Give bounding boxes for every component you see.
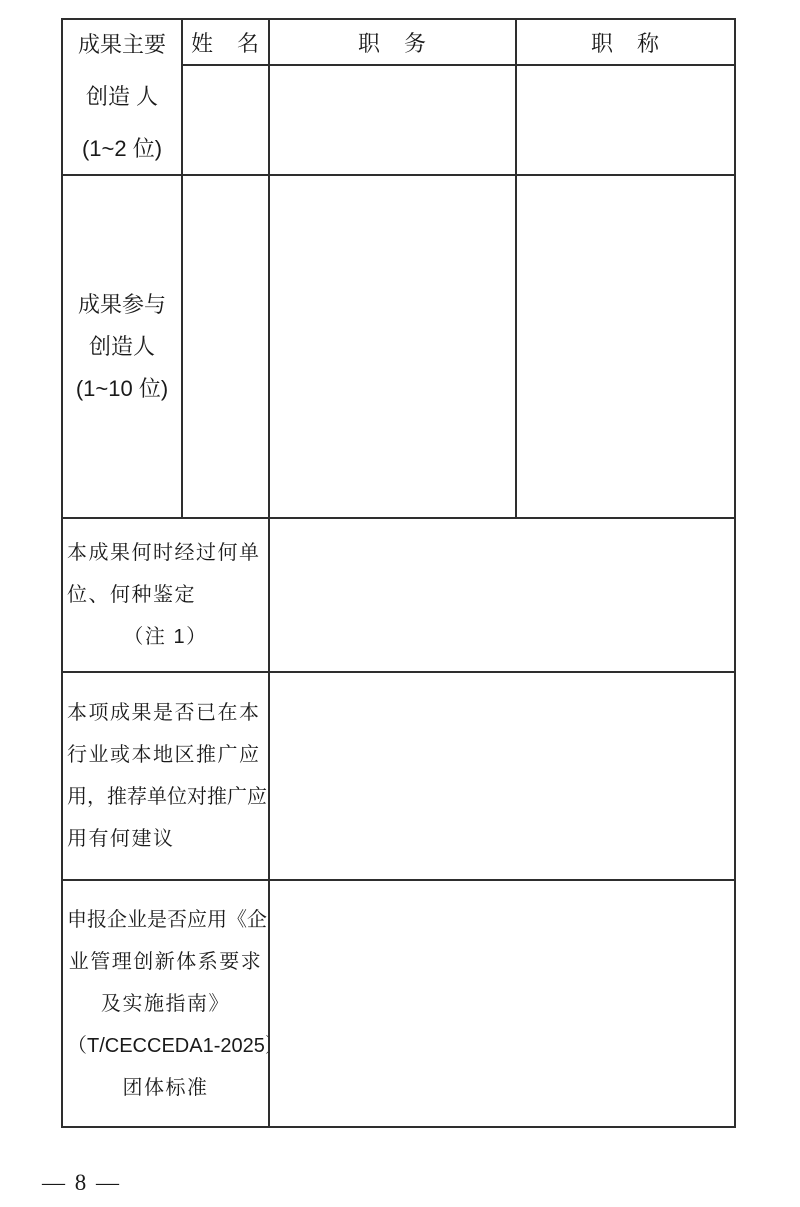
label-line: 申报企业是否应用《企: [67, 899, 264, 941]
label-line: (1~2 位): [82, 137, 162, 161]
label-line: 及实施指南》: [67, 983, 264, 1025]
label-line: 位、何种鉴定: [67, 574, 264, 616]
promotion-content-cell[interactable]: [269, 672, 735, 880]
main-creator-position-cell[interactable]: [269, 65, 516, 175]
appraisal-content-cell[interactable]: [269, 518, 735, 672]
header-title: 职 称: [516, 19, 735, 65]
label-line: (1~10 位): [76, 377, 168, 401]
label-line: 本项成果是否已在本: [67, 692, 264, 734]
main-creators-label-cell: 成果主要 创造 人 (1~2 位): [62, 19, 182, 175]
main-creator-title-cell[interactable]: [516, 65, 735, 175]
label-line: 行业或本地区推广应: [67, 734, 264, 776]
participant-title-cell[interactable]: [516, 175, 735, 518]
label-line: 用，推荐单位对推广应: [67, 776, 264, 818]
label-line: 创造 人: [86, 85, 158, 109]
header-position: 职 务: [269, 19, 516, 65]
label-line: （注 1）: [67, 616, 264, 658]
appraisal-label-cell: 本成果何时经过何单 位、何种鉴定 （注 1）: [62, 518, 269, 672]
label-line: 用有何建议: [67, 818, 264, 860]
page-number: — 8 —: [42, 1170, 121, 1196]
promotion-label-cell: 本项成果是否已在本 行业或本地区推广应 用，推荐单位对推广应 用有何建议: [62, 672, 269, 880]
standard-label-cell: 申报企业是否应用《企 业管理创新体系要求 及实施指南》 （T/CECCEDA1-…: [62, 880, 269, 1127]
label-line: 创造人: [89, 335, 155, 359]
main-creator-name-cell[interactable]: [182, 65, 269, 175]
participant-position-cell[interactable]: [269, 175, 516, 518]
document-page: 成果主要 创造 人 (1~2 位) 姓 名 职 务 职 称 成果参与: [0, 0, 800, 1207]
header-name: 姓 名: [182, 19, 269, 65]
participants-label: 成果参与 创造人 (1~10 位): [63, 293, 181, 401]
label-line: 团体标准: [67, 1067, 264, 1109]
main-creators-label: 成果主要 创造 人 (1~2 位): [63, 33, 181, 161]
participant-name-cell[interactable]: [182, 175, 269, 518]
label-line: 成果参与: [78, 293, 166, 317]
participants-label-cell: 成果参与 创造人 (1~10 位): [62, 175, 182, 518]
application-form-table: 成果主要 创造 人 (1~2 位) 姓 名 职 务 职 称 成果参与: [61, 18, 736, 1128]
label-line: 成果主要: [78, 33, 166, 57]
label-line: 本成果何时经过何单: [67, 532, 264, 574]
label-line: （T/CECCEDA1-2025）: [67, 1025, 264, 1067]
label-line: 业管理创新体系要求: [67, 941, 264, 983]
standard-content-cell[interactable]: [269, 880, 735, 1127]
